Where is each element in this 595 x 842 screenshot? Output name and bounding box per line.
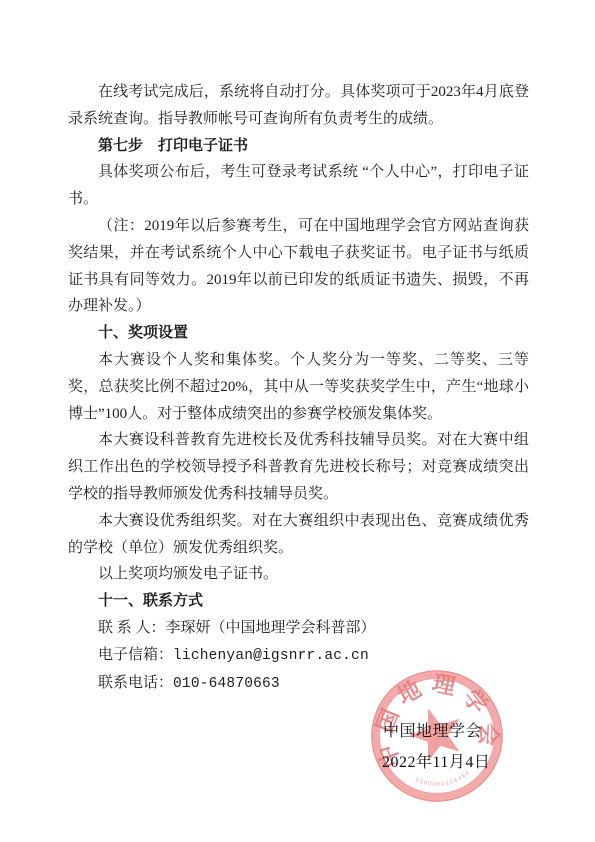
paragraph-print-certificate: 具体奖项公布后，考生可登录考试系统 “个人中心”，打印电子证书。 <box>68 159 529 213</box>
contact-person-value: 李琛妍（中国地理学会科普部） <box>166 620 376 636</box>
paragraph-awards-principal: 本大赛设科普教育先进校长及优秀科技辅导员奖。对在大赛中组织工作出色的学校领导授予… <box>68 427 529 507</box>
signature-date: 2022年11月4日 <box>382 755 490 771</box>
svg-text:5100000106464: 5100000106464 <box>413 769 473 791</box>
contact-email-value: lichenyan@igsnrr.ac.cn <box>173 648 369 664</box>
signature-organization: 中国地理学会 <box>383 724 482 740</box>
contact-email-label: 电子信箱： <box>98 647 173 663</box>
heading-awards: 十、奖项设置 <box>68 320 529 347</box>
contact-person-line: 联 系 人：李琛妍（中国地理学会科普部） <box>68 615 529 642</box>
seal-serial-number: 5100000106464 <box>413 769 473 791</box>
contact-email-line: 电子信箱：lichenyan@igsnrr.ac.cn <box>68 642 529 670</box>
paragraph-awards-ecert: 以上奖项均颁发电子证书。 <box>68 561 529 588</box>
signature-block: 中国地理学会 2022年11月4日 <box>383 724 482 740</box>
contact-phone-value: 010-64870663 <box>173 676 280 692</box>
paragraph-scoring: 在线考试完成后，系统将自动打分。具体奖项可于2023年4月底登录系统查询。指导教… <box>68 79 529 133</box>
document-page: 在线考试完成后，系统将自动打分。具体奖项可于2023年4月底登录系统查询。指导教… <box>0 0 595 842</box>
paragraph-note: （注：2019年以后参赛考生，可在中国地理学会官方网站查询获奖结果，并在考试系统… <box>68 213 529 320</box>
contact-phone-line: 联系电话：010-64870663 <box>68 670 529 698</box>
paragraph-awards-individual: 本大赛设个人奖和集体奖。个人奖分为一等奖、二等奖、三等奖，总获奖比例不超过20%… <box>68 347 529 427</box>
paragraph-awards-organization: 本大赛设优秀组织奖。对在大赛组织中表现出色、竞赛成绩优秀的学校（单位）颁发优秀组… <box>68 508 529 562</box>
heading-step7: 第七步 打印电子证书 <box>68 133 529 160</box>
contact-person-label: 联 系 人： <box>98 620 166 636</box>
contact-phone-label: 联系电话： <box>98 675 173 691</box>
document-body: 在线考试完成后，系统将自动打分。具体奖项可于2023年4月底登录系统查询。指导教… <box>68 79 529 697</box>
heading-contact: 十一、联系方式 <box>68 588 529 615</box>
